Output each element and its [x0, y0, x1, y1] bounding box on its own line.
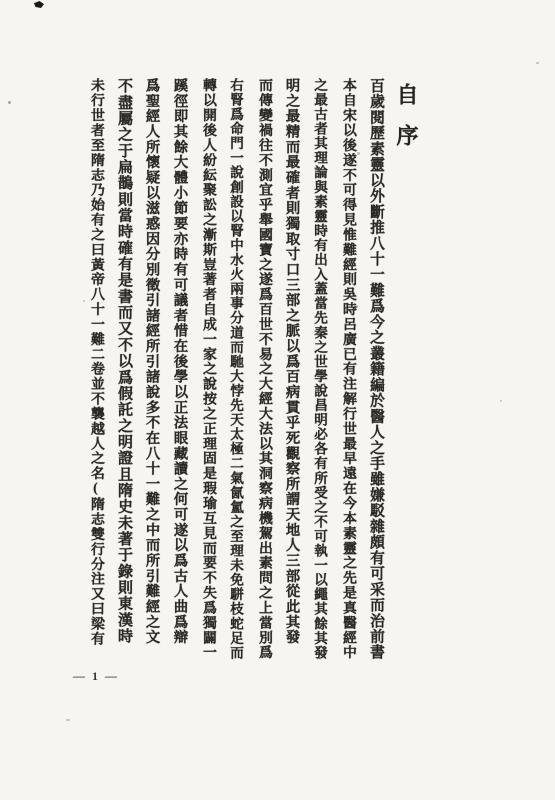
- scan-corner-mark: [34, 1, 44, 8]
- scan-speck: [66, 719, 70, 721]
- text-column-9: 爲聖經人所懷疑以滋惑因分別徵引諸經所引諸說多不在八十一難之中而所引難經之文又: [138, 78, 165, 660]
- scanned-book-page: 自序 百歲閱歷素靈以外斷推八十一難爲今之叢籍編於醫人之手雖嫌駁雜頗有可采而治前書…: [0, 0, 555, 800]
- scan-speck: [500, 400, 502, 402]
- text-column-3: 之最古者其理論與素靈時有出入蓋當先秦之世學說昌明必各有所受之不可執一以繩其餘其發: [306, 78, 333, 660]
- scan-speck: [536, 62, 539, 64]
- text-column-8: 蹊徑即其餘大體小節要亦時有可議者惜在後學以正法眼藏讀之何可遂以爲古人曲爲辯護: [166, 78, 193, 660]
- page-number: — 1 —: [73, 669, 133, 684]
- text-column-11: 未行世者至隋志乃始有之曰黃帝八十一難二卷並不襲越人之名(隋志雙行分注又曰梁有黃: [82, 78, 109, 660]
- page-title: 自序: [396, 83, 422, 213]
- text-column-2: 本自宋以後遂不可得見惟難經則吳時呂廣已有注解行世最早遠在今本素靈之先是真醫經中: [334, 78, 361, 660]
- preface-text-block: 百歲閱歷素靈以外斷推八十一難爲今之叢籍編於醫人之手雖嫌駁雜頗有可采而治前書本自宋…: [81, 78, 389, 660]
- text-column-6: 右腎爲命門一說創設以腎中水火兩事分道而馳大悖先天太極二氣氤氳之至理未免駢枝蛇足而: [222, 78, 249, 660]
- text-column-4: 明之最精而最確者則獨取寸口三部之脈以爲百病貫乎死觀察所謂天地人三部從此其發明: [278, 78, 305, 660]
- text-column-10: 不盡屬之于扁鵲則當時確有是書而又不以爲假託之明證且隋史未著于錄則東漢時尚: [110, 78, 137, 660]
- text-column-1: 百歲閱歷素靈以外斷推八十一難爲今之叢籍編於醫人之手雖嫌駁雜頗有可采而治前書: [362, 78, 389, 660]
- scan-speck: [8, 101, 11, 104]
- text-column-7: 轉以開後人紛紜聚訟之漸斯豈著者自成一家之說按之正理固是瑕瑜互見而要不失爲獨闢一: [194, 78, 221, 660]
- text-column-5: 而傳變禍往不測宜乎舉國寶之遂爲百世不易之大經大法以其洞察病機駕出素問之上當別爲: [250, 78, 277, 660]
